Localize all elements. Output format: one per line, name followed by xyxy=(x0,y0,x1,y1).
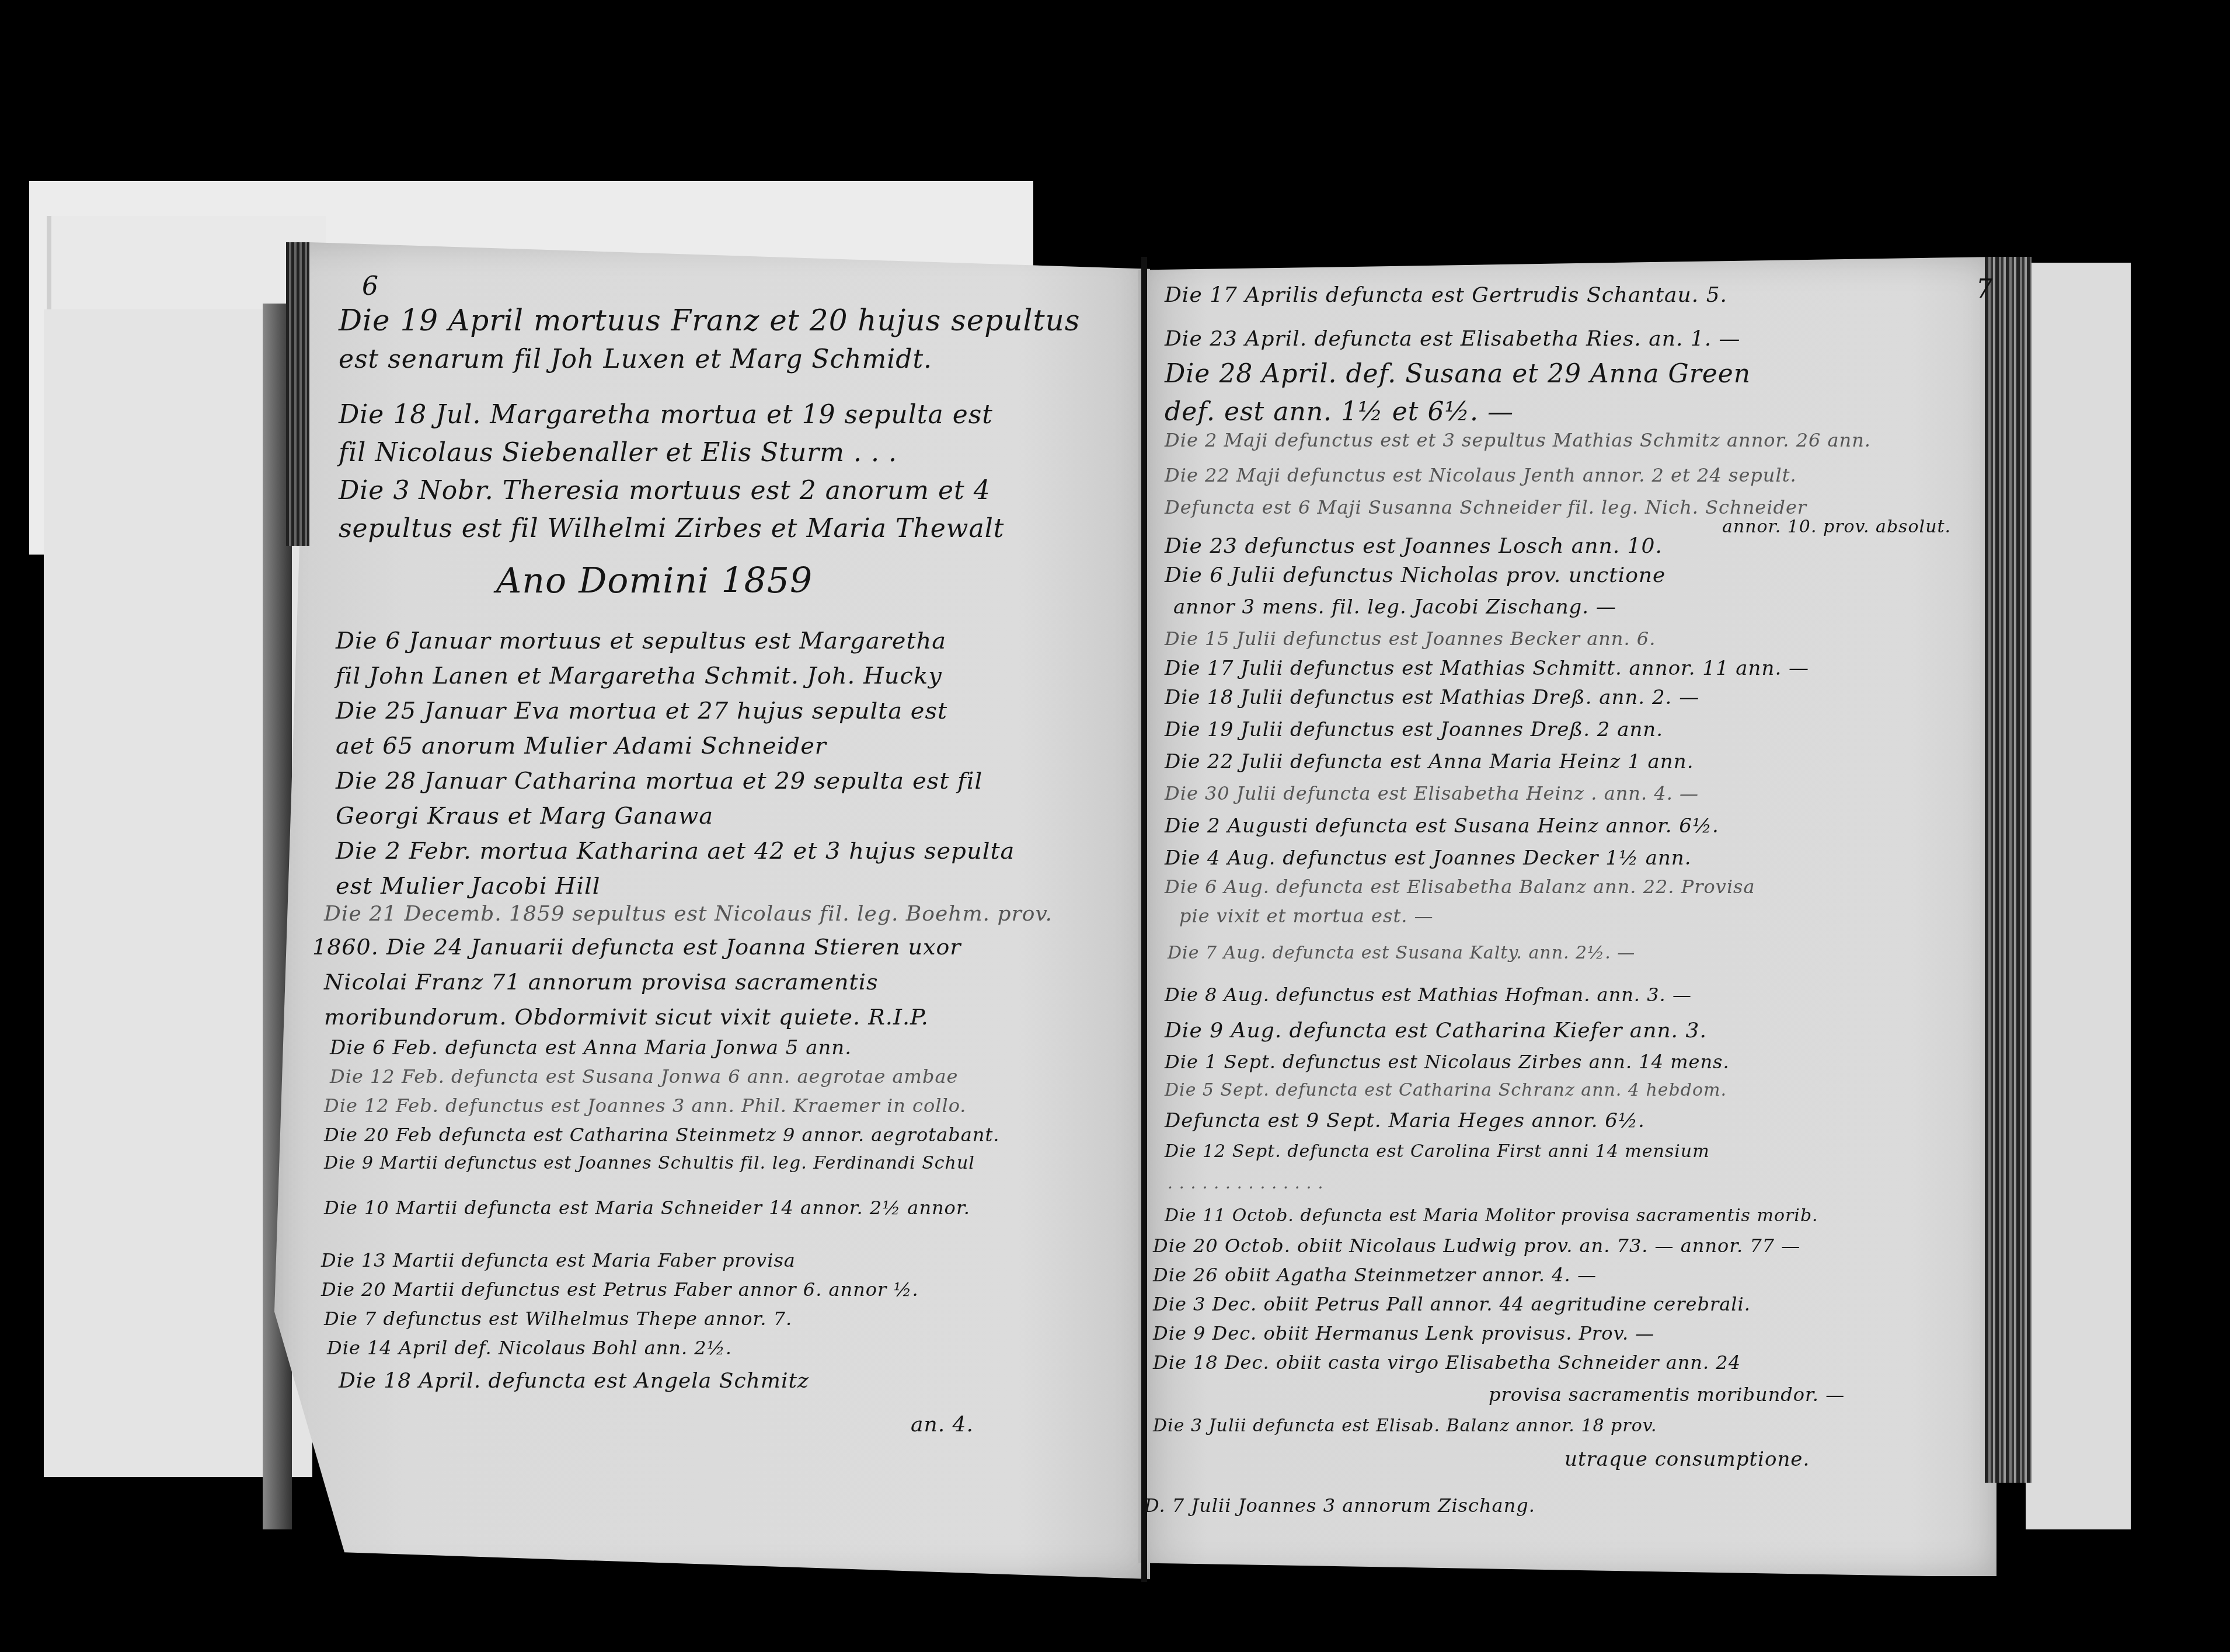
entry-line: Die 18 Julii defunctus est Mathias Dreß.… xyxy=(1165,686,1699,709)
entry-line: Die 12 Sept. defuncta est Carolina First… xyxy=(1165,1141,1710,1162)
entry-line: Die 20 Feb defuncta est Catharina Steinm… xyxy=(324,1124,1000,1146)
entry-line: Die 3 Nobr. Theresia mortuus est 2 anoru… xyxy=(339,476,991,506)
entry-line: provisa sacramentis moribundor. — xyxy=(1489,1383,1845,1406)
entry-line: est senarum fil Joh Luxen et Marg Schmid… xyxy=(339,344,932,374)
entry-line: annor. 10. prov. absolut. xyxy=(1722,517,1951,537)
entry-line: Die 30 Julii defuncta est Elisabetha Hei… xyxy=(1165,782,1699,804)
entry-line: Defuncta est 6 Maji Susanna Schneider fi… xyxy=(1165,496,1807,518)
entry-line: Die 23 April. defuncta est Elisabetha Ri… xyxy=(1165,327,1741,351)
entry-line: Die 23 defunctus est Joannes Losch ann. … xyxy=(1165,534,1663,558)
entry-line: Die 19 April mortuus Franz et 20 hujus s… xyxy=(339,304,1080,337)
entry-line: Die 9 Dec. obiit Hermanus Lenk provisus.… xyxy=(1153,1322,1654,1344)
entry-line: D. 7 Julii Joannes 3 annorum Zischang. xyxy=(1144,1494,1535,1517)
entry-line: Die 11 Octob. defuncta est Maria Molitor… xyxy=(1165,1205,1818,1226)
entry-line: pie vixit et mortua est. — xyxy=(1179,905,1434,927)
entry-line: Die 18 April. defuncta est Angela Schmit… xyxy=(339,1369,809,1393)
entry-line: Die 25 Januar Eva mortua et 27 hujus sep… xyxy=(336,698,947,724)
entry-line: Die 22 Maji defunctus est Nicolaus Jenth… xyxy=(1165,464,1797,486)
entry-line: fil John Lanen et Margaretha Schmit. Joh… xyxy=(336,663,942,689)
entry-line: fil Nicolaus Siebenaller et Elis Sturm .… xyxy=(339,438,897,468)
entry-line: Die 9 Martii defunctus est Joannes Schul… xyxy=(324,1153,975,1173)
entry-line: def. est ann. 1½ et 6½. — xyxy=(1165,397,1514,427)
entry-line: Die 13 Martii defuncta est Maria Faber p… xyxy=(321,1249,796,1271)
entry-line: Die 9 Aug. defuncta est Catharina Kiefer… xyxy=(1165,1019,1707,1043)
loose-paper-right xyxy=(2026,263,2131,1529)
entry-line: Die 22 Julii defuncta est Anna Maria Hei… xyxy=(1165,750,1694,773)
year-heading: Ano Domini 1859 xyxy=(496,560,813,601)
entry-line: Die 20 Martii defunctus est Petrus Faber… xyxy=(321,1278,919,1301)
entry-line: Die 10 Martii defuncta est Maria Schneid… xyxy=(324,1197,970,1219)
entry-line: Die 8 Aug. defunctus est Mathias Hofman.… xyxy=(1165,984,1692,1006)
entry-line: . . . . . . . . . . . . . . xyxy=(1168,1173,1323,1193)
entry-line: Die 28 April. def. Susana et 29 Anna Gre… xyxy=(1165,359,1751,389)
page-number-right: 7 xyxy=(1976,274,1992,304)
entry-line: Die 1 Sept. defunctus est Nicolaus Zirbe… xyxy=(1165,1051,1730,1073)
entry-line: moribundorum. Obdormivit sicut vixit qui… xyxy=(324,1004,929,1030)
entry-line: Die 14 April def. Nicolaus Bohl ann. 2½. xyxy=(327,1337,732,1359)
entry-line: Die 17 Aprilis defuncta est Gertrudis Sc… xyxy=(1165,283,1727,307)
entry-line: Die 3 Julii defuncta est Elisab. Balanz … xyxy=(1153,1416,1657,1436)
page-number-left: 6 xyxy=(362,271,378,301)
entry-line: Georgi Kraus et Marg Ganawa xyxy=(336,803,713,830)
entry-line: Die 7 Aug. defuncta est Susana Kalty. an… xyxy=(1168,943,1635,963)
entry-line: Die 12 Feb. defunctus est Joannes 3 ann.… xyxy=(324,1095,967,1117)
entry-line: Die 18 Jul. Margaretha mortua et 19 sepu… xyxy=(339,400,993,430)
entry-line: 1860. Die 24 Januarii defuncta est Joann… xyxy=(312,934,961,960)
entry-line: Die 28 Januar Catharina mortua et 29 sep… xyxy=(336,768,982,794)
entry-line: Die 2 Augusti defuncta est Susana Heinz … xyxy=(1165,814,1719,838)
entry-line: Die 2 Febr. mortua Katharina aet 42 et 3… xyxy=(336,838,1015,865)
entry-line: Die 4 Aug. defunctus est Joannes Decker … xyxy=(1165,846,1692,870)
entry-line: Die 17 Julii defunctus est Mathias Schmi… xyxy=(1165,657,1809,680)
page-stack-right xyxy=(1985,257,2032,1483)
entry-line: an. 4. xyxy=(911,1413,974,1437)
entry-line: Die 6 Aug. defuncta est Elisabetha Balan… xyxy=(1165,876,1755,898)
entry-line: Die 2 Maji defunctus est et 3 sepultus M… xyxy=(1165,429,1871,451)
entry-line: Die 6 Julii defunctus Nicholas prov. unc… xyxy=(1165,563,1665,587)
entry-line: Die 5 Sept. defuncta est Catharina Schra… xyxy=(1165,1080,1727,1100)
entry-line: Die 6 Feb. defuncta est Anna Maria Jonwa… xyxy=(330,1036,852,1059)
entry-line: Die 18 Dec. obiit casta virgo Elisabetha… xyxy=(1153,1351,1741,1374)
entry-line: Die 12 Feb. defuncta est Susana Jonwa 6 … xyxy=(330,1065,958,1088)
entry-line: Die 7 defunctus est Wilhelmus Thepe anno… xyxy=(324,1308,792,1330)
entry-line: Die 15 Julii defunctus est Joannes Becke… xyxy=(1165,628,1656,650)
page-stack-left xyxy=(286,242,309,546)
book-gutter xyxy=(1141,257,1147,1582)
entry-line: Die 21 Decemb. 1859 sepultus est Nicolau… xyxy=(324,902,1053,926)
entry-line: Die 26 obiit Agatha Steinmetzer annor. 4… xyxy=(1153,1264,1597,1286)
entry-line: Nicolai Franz 71 annorum provisa sacrame… xyxy=(324,969,878,995)
entry-line: sepultus est fil Wilhelmi Zirbes et Mari… xyxy=(339,514,1004,543)
entry-line: Defuncta est 9 Sept. Maria Heges annor. … xyxy=(1165,1109,1645,1132)
entry-line: utraque consumptione. xyxy=(1565,1448,1810,1471)
entry-line: est Mulier Jacobi Hill xyxy=(336,873,601,900)
entry-line: Die 20 Octob. obiit Nicolaus Ludwig prov… xyxy=(1153,1235,1800,1257)
entry-line: Die 6 Januar mortuus et sepultus est Mar… xyxy=(336,628,946,654)
entry-line: aet 65 anorum Mulier Adami Schneider xyxy=(336,733,827,759)
entry-line: Die 3 Dec. obiit Petrus Pall annor. 44 a… xyxy=(1153,1293,1751,1315)
entry-line: annor 3 mens. fil. leg. Jacobi Zischang.… xyxy=(1173,595,1616,619)
entry-line: Die 19 Julii defunctus est Joannes Dreß.… xyxy=(1165,718,1663,741)
